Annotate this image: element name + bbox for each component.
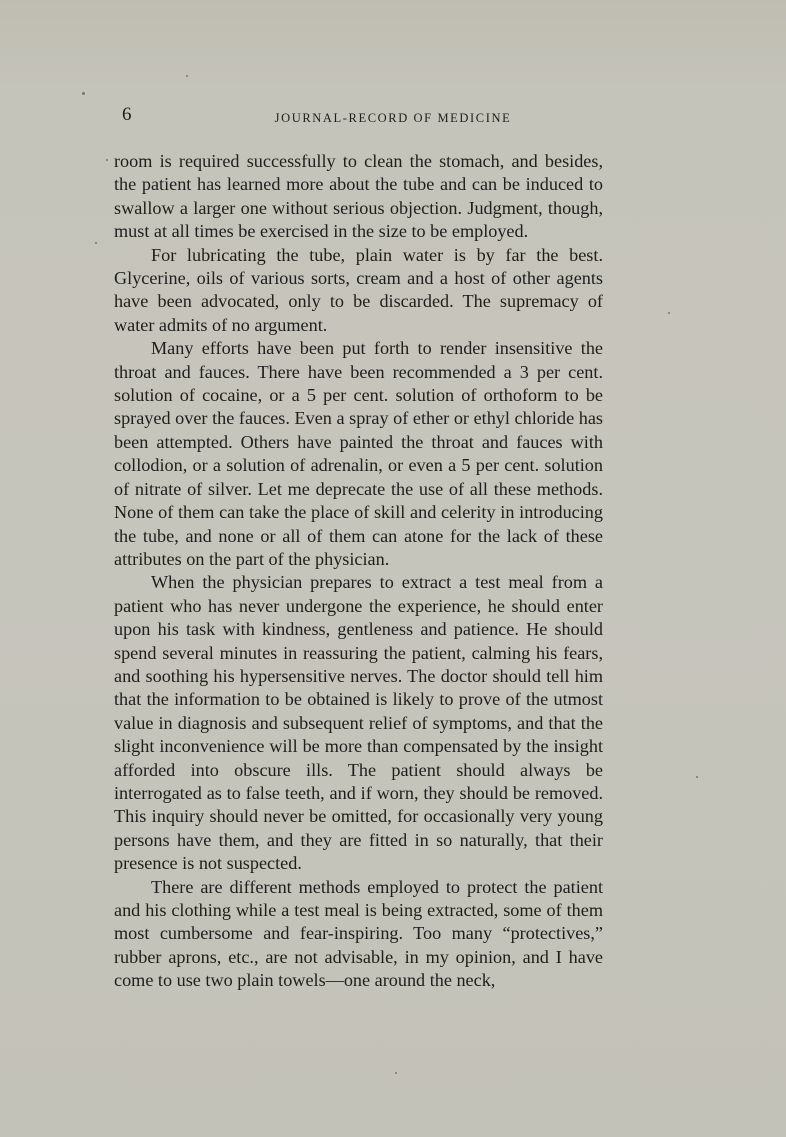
paragraph-lubrication: For lubricating the tube, plain water is…: [114, 244, 603, 338]
paper-speck: [696, 776, 698, 778]
paper-speck: [106, 159, 108, 161]
paragraph-anesthesia: Many efforts have been put forth to rend…: [114, 337, 603, 571]
paper-speck: [395, 1072, 397, 1074]
paper-speck: [82, 92, 85, 95]
body-text: room is required successfully to clean t…: [114, 150, 603, 993]
paragraph-protection: There are different methods employed to …: [114, 876, 603, 993]
running-title: JOURNAL-RECORD OF MEDICINE: [118, 110, 668, 126]
paragraph-patient-preparation: When the physician prepares to extract a…: [114, 571, 603, 875]
paper-speck: [95, 242, 97, 244]
paragraph-continued: room is required successfully to clean t…: [114, 150, 603, 244]
paper-speck: [668, 312, 670, 314]
page-header: 6 JOURNAL-RECORD OF MEDICINE: [118, 104, 668, 130]
paper-speck: [186, 75, 188, 77]
